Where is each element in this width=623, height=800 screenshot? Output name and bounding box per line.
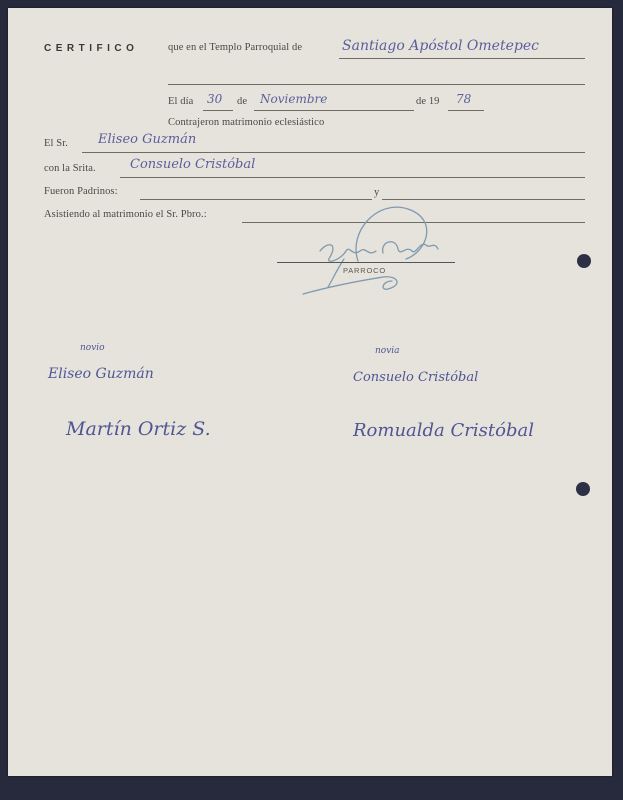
padrinos-connector: y	[374, 187, 379, 198]
groom-line	[82, 152, 585, 153]
left-name-1: Eliseo Guzmán	[48, 366, 154, 382]
bride-line	[120, 177, 585, 178]
right-name-1: Consuelo Cristóbal	[353, 370, 478, 385]
parroco-signature-icon	[288, 201, 468, 301]
year-label: de 19	[416, 96, 440, 107]
bride-label: con la Srita.	[44, 163, 96, 174]
right-name-2: Romualda Cristóbal	[353, 420, 534, 441]
punch-hole-icon	[576, 482, 590, 496]
day-value[interactable]: 30	[207, 92, 222, 106]
temple-line	[339, 58, 585, 59]
year-value[interactable]: 78	[456, 92, 471, 106]
certifico-heading: CERTIFICO	[44, 43, 138, 54]
padrino-field-2[interactable]	[384, 184, 584, 198]
year-line	[448, 110, 484, 111]
bride-value[interactable]: Consuelo Cristóbal	[130, 157, 255, 172]
padrino-line-1	[140, 199, 372, 200]
padrinos-label: Fueron Padrinos:	[44, 186, 118, 197]
month-value[interactable]: Noviembre	[260, 92, 327, 106]
certificate-page: CERTIFICO que en el Templo Parroquial de…	[8, 8, 612, 776]
punch-hole-icon	[577, 254, 591, 268]
day-line	[203, 110, 233, 111]
signature-line	[277, 262, 455, 263]
month-connector: de	[237, 96, 247, 107]
left-name-2: Martín Ortiz S.	[66, 418, 211, 440]
parroco-label: PARROCO	[343, 266, 386, 275]
temple-label: que en el Templo Parroquial de	[168, 42, 302, 53]
padrino-field-1[interactable]	[142, 184, 370, 198]
temple-line-2	[168, 84, 585, 85]
groom-label: El Sr.	[44, 138, 68, 149]
temple-value[interactable]: Santiago Apóstol Ometepec	[342, 38, 539, 54]
month-line	[254, 110, 414, 111]
padrino-line-2	[382, 199, 585, 200]
right-caption: novia	[375, 346, 400, 356]
pbro-label: Asistiendo al matrimonio el Sr. Pbro.:	[44, 209, 207, 220]
date-label: El día	[168, 96, 193, 107]
contrajeron-label: Contrajeron matrimonio eclesiástico	[168, 117, 324, 128]
groom-value[interactable]: Eliseo Guzmán	[98, 132, 196, 147]
left-caption: novio	[80, 343, 105, 353]
